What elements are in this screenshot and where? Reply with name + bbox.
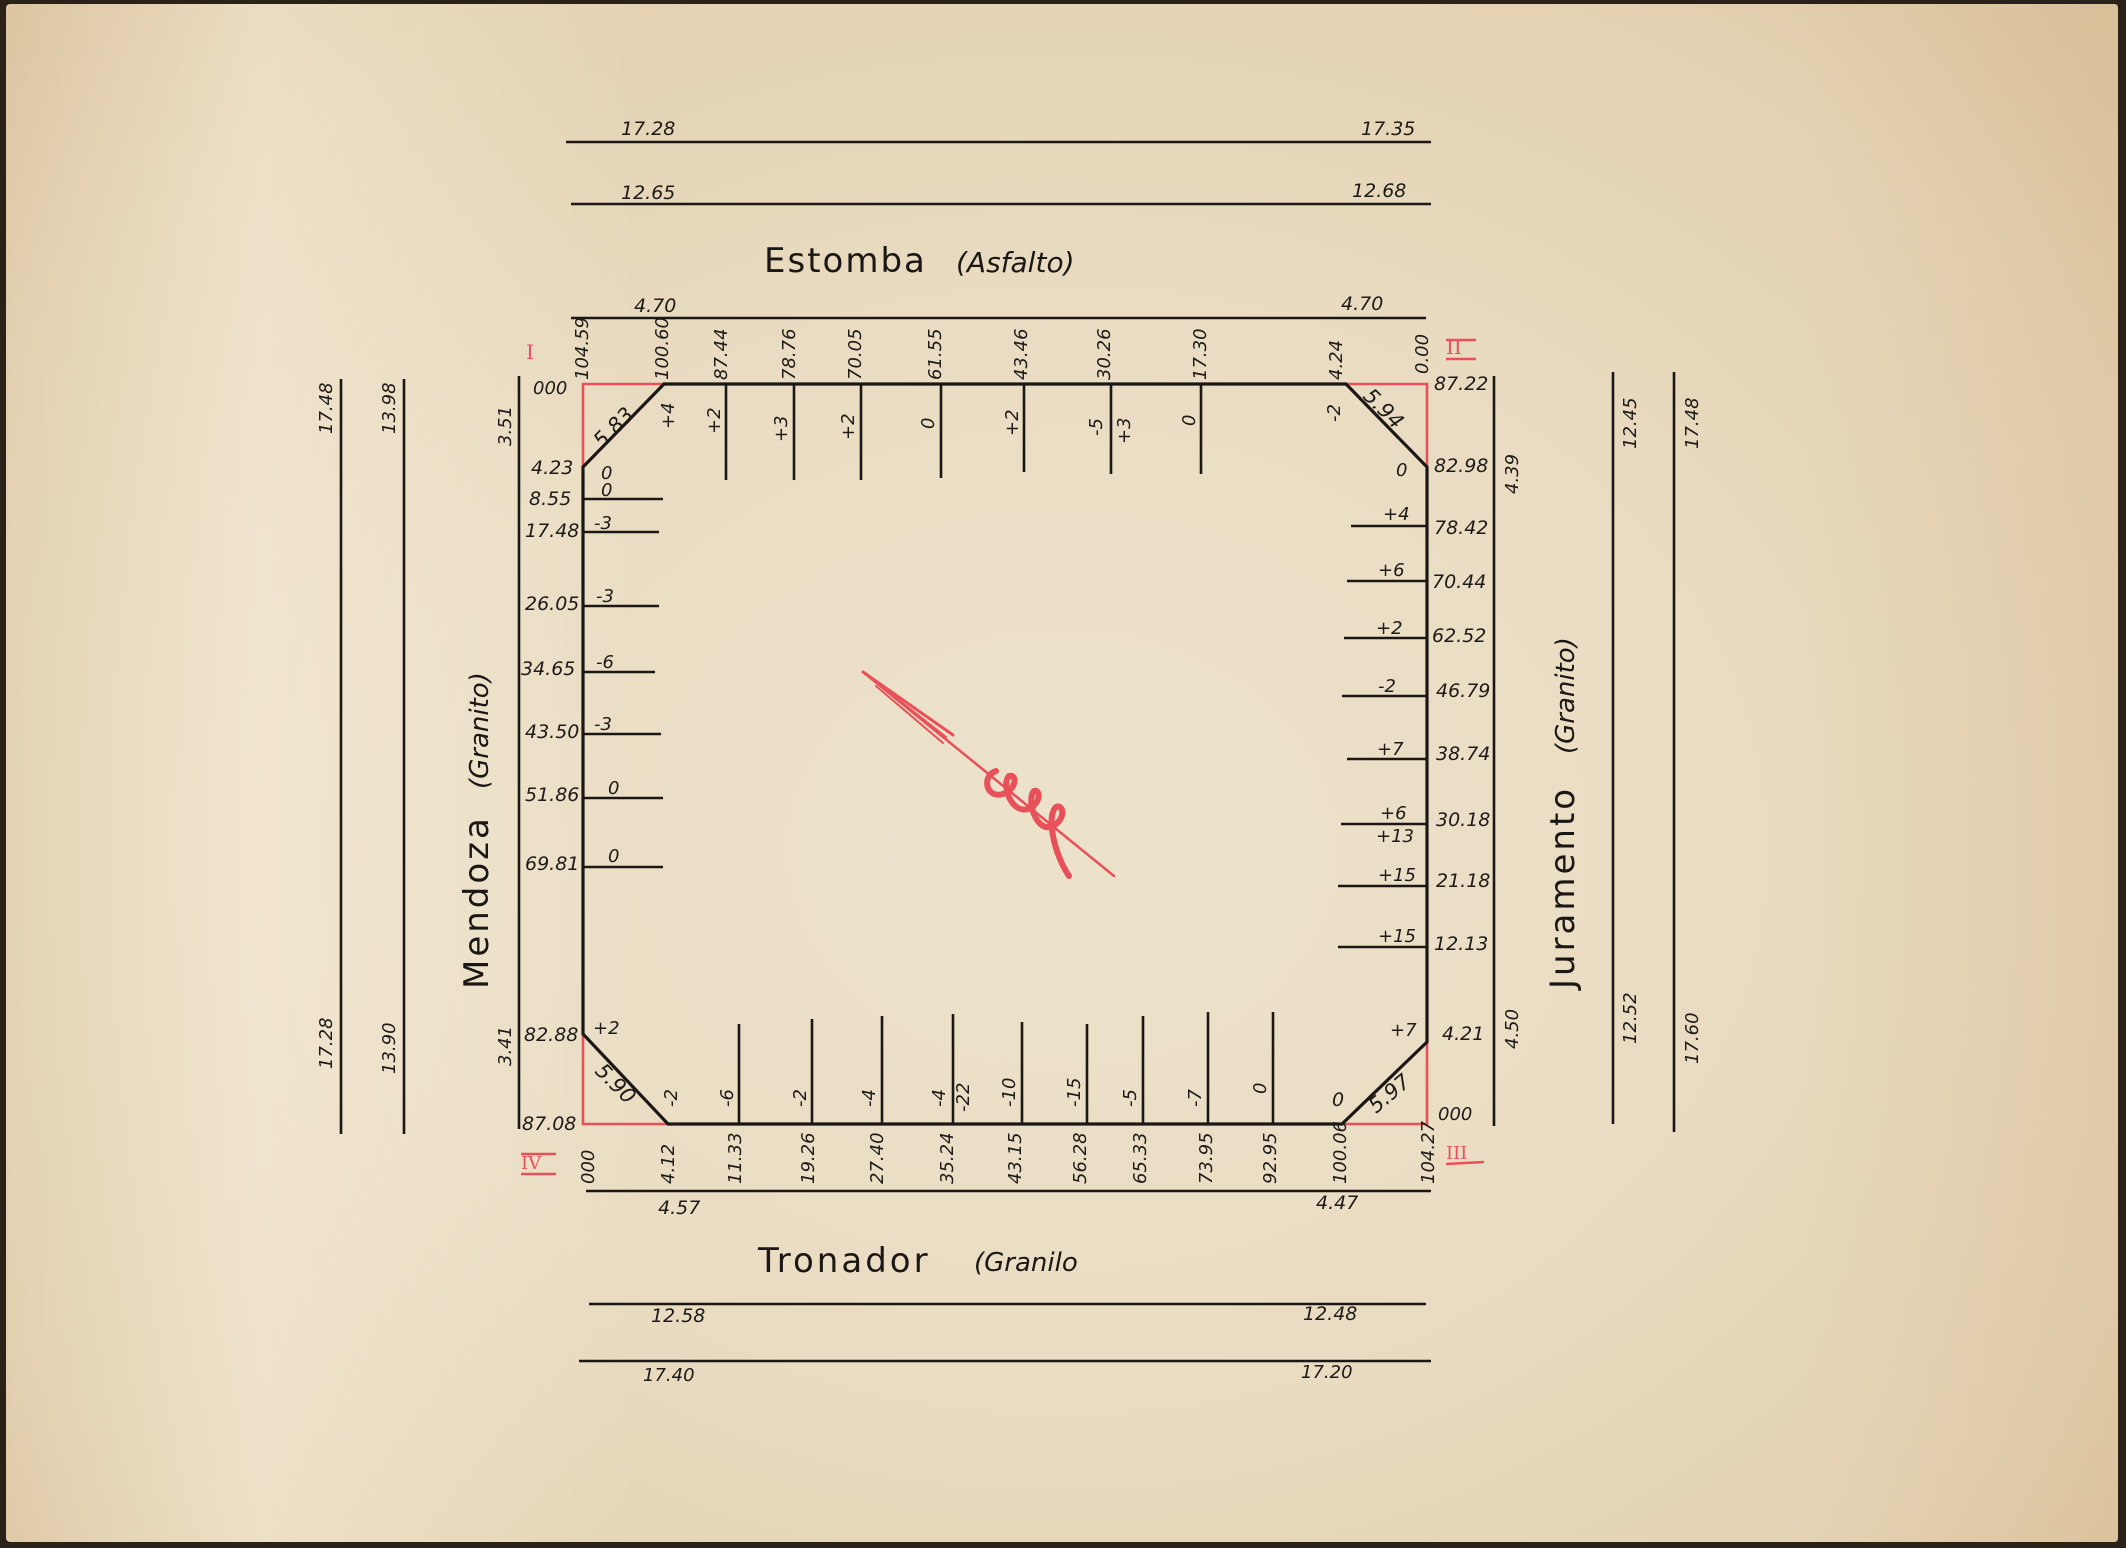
street-name-bottom: Tronador: [757, 1241, 931, 1281]
offset-label: +15: [1378, 926, 1416, 947]
station-label: 27.40: [867, 1132, 888, 1184]
right-side-offsets: 0 +4 +6 +2 -2 +7 +6 +13 +15 +15 +7: [1376, 460, 1417, 1041]
corner-label-iii: III: [1446, 1143, 1467, 1164]
top-mid-right-value: 12.68: [1352, 180, 1406, 202]
right-inner-line: 4.39 4.50: [1494, 376, 1523, 1126]
survey-sheet: 17.28 17.35 12.65 12.68 Estomba (Asfalto…: [6, 4, 2118, 1542]
bottom-mid-left-value: 12.58: [651, 1305, 705, 1327]
bottom-outer-right-value: 17.20: [1301, 1362, 1353, 1383]
block-survey-diagram: 17.28 17.35 12.65 12.68 Estomba (Asfalto…: [6, 4, 2126, 1548]
block-outline: [583, 384, 1427, 1124]
left-inner-bottom-value: 3.41: [495, 1026, 516, 1066]
corner-label-ii: II: [1446, 335, 1462, 359]
offset-label: 0: [601, 480, 612, 501]
offset-label: -6: [717, 1089, 738, 1107]
station-label: 4.21: [1442, 1023, 1484, 1045]
offset-label: +4: [658, 402, 679, 429]
offset-label: -2: [790, 1089, 811, 1107]
offset-label: +3: [1114, 417, 1135, 444]
corner-label-iv: IV: [521, 1153, 542, 1174]
left-side-ticks: [583, 499, 663, 867]
offset-label: +2: [704, 407, 725, 434]
offset-label: -3: [596, 586, 614, 607]
left-inner-top-value: 3.51: [495, 406, 516, 446]
top-inner-left-value: 4.70: [634, 295, 676, 317]
station-label: 46.79: [1436, 680, 1490, 702]
station-label: 70.05: [845, 328, 866, 380]
station-label: 17.30: [1190, 328, 1211, 380]
street-surface-left: (Granito): [465, 672, 495, 789]
offset-label: +2: [838, 413, 859, 440]
right-outer-line: 17.48 17.60: [1674, 372, 1703, 1132]
station-label: 35.24: [937, 1132, 958, 1184]
offset-label: +7: [1377, 739, 1404, 760]
bottom-inner-left-value: 4.57: [658, 1197, 700, 1219]
station-label: 104.27: [1418, 1120, 1439, 1184]
offset-label: 0: [1250, 1083, 1271, 1094]
street-label-right: Juramento (Granito): [1543, 637, 1583, 991]
station-label: 43.46: [1011, 328, 1032, 380]
station-label: 61.55: [925, 328, 946, 380]
station-label: 70.44: [1432, 571, 1486, 593]
street-surface-right: (Granito): [1551, 637, 1581, 754]
street-name-right: Juramento: [1543, 786, 1583, 991]
offset-label: +6: [1380, 803, 1407, 824]
station-label: 4.24: [1326, 340, 1347, 380]
station-label: 87.08: [522, 1113, 576, 1135]
station-label: 26.05: [525, 593, 579, 615]
offset-label: 0: [1332, 1089, 1344, 1111]
corner-label-i: I: [526, 340, 534, 364]
street-surface-bottom: (Granilo: [974, 1248, 1078, 1278]
offset-label: -2: [661, 1089, 682, 1107]
street-name-top: Estomba: [764, 241, 927, 281]
offset-label: -2: [1378, 676, 1396, 697]
station-label: 0.00: [1412, 334, 1433, 374]
offset-label: 0: [918, 418, 939, 429]
station-label: 87.22: [1434, 373, 1488, 395]
station-label: 38.74: [1436, 743, 1490, 765]
right-mid-top-value: 12.45: [1620, 397, 1641, 449]
station-label: 000: [1438, 1104, 1472, 1125]
offset-label: +3: [771, 415, 792, 442]
offset-label: -22: [953, 1083, 974, 1112]
offset-label: +2: [1376, 618, 1403, 639]
offset-label: -4: [859, 1089, 880, 1107]
station-label: 62.52: [1432, 625, 1486, 647]
top-side-offsets: +4 +2 +3 +2 0 +2 -5 +3 0 -2: [658, 402, 1345, 444]
offset-label: -6: [596, 652, 614, 673]
station-label: 78.76: [779, 328, 800, 380]
station-label: 82.98: [1434, 455, 1488, 477]
offset-label: 0: [1396, 460, 1407, 481]
station-label: 51.86: [525, 784, 579, 806]
station-label: 4.23: [531, 457, 573, 479]
station-label: 8.55: [529, 488, 571, 510]
station-label: 11.33: [725, 1132, 746, 1184]
offset-label: 0: [608, 778, 619, 799]
street-surface-top: (Asfalto): [956, 246, 1075, 279]
offset-label: +2: [1002, 409, 1023, 436]
street-name-left: Mendoza: [457, 815, 497, 989]
station-label: 4.12: [658, 1144, 679, 1184]
right-inner-bottom-value: 4.50: [1502, 1009, 1523, 1049]
offset-label: +13: [1376, 826, 1414, 847]
top-mid-left-value: 12.65: [621, 182, 675, 204]
left-mid-line: 13.98 13.90: [379, 379, 404, 1134]
station-label: 43.50: [525, 721, 579, 743]
top-outer-right-value: 17.35: [1361, 118, 1415, 140]
station-label: 000: [533, 378, 567, 399]
left-mid-bottom-value: 13.90: [379, 1022, 400, 1074]
left-side-offsets: 0 0 -3 -3 -6 -3 0 0 +2: [593, 463, 620, 1039]
station-label: 30.26: [1094, 328, 1115, 380]
top-side-stations: 104.59 100.60 87.44 78.76 70.05 61.55 43…: [572, 317, 1433, 380]
station-label: 56.28: [1070, 1132, 1091, 1184]
station-label: 100.06: [1330, 1121, 1351, 1184]
offset-label: +6: [1378, 560, 1405, 581]
left-side-stations: 000 4.23 8.55 17.48 26.05 34.65 43.50 51…: [521, 378, 579, 1135]
top-outer-line: 17.28 17.35: [566, 118, 1431, 142]
station-label: 100.60: [652, 317, 673, 380]
right-inner-top-value: 4.39: [1502, 454, 1523, 494]
station-label: 87.44: [711, 328, 732, 380]
right-outer-top-value: 17.48: [1682, 397, 1703, 449]
offset-label: 0: [1179, 415, 1200, 426]
station-label: 73.95: [1196, 1132, 1217, 1184]
bottom-side-stations: 000 4.12 11.33 19.26 27.40 35.24 43.15 5…: [578, 1120, 1439, 1184]
left-outer-bottom-value: 17.28: [316, 1017, 337, 1069]
bottom-inner-right-value: 4.47: [1316, 1192, 1358, 1214]
right-mid-line: 12.45 12.52: [1613, 372, 1641, 1124]
station-label: 43.15: [1005, 1132, 1026, 1184]
top-outer-left-value: 17.28: [621, 118, 675, 140]
top-inner-line: 4.70 4.70: [571, 293, 1426, 318]
station-label: 69.81: [525, 853, 579, 875]
offset-label: -4: [929, 1089, 950, 1107]
station-label: 78.42: [1434, 517, 1488, 539]
station-label: 12.13: [1434, 933, 1488, 955]
bottom-inner-line: 4.57 4.47: [586, 1191, 1431, 1219]
street-label-left: Mendoza (Granito): [457, 672, 497, 989]
offset-label: +4: [1383, 504, 1410, 525]
chamfer-i-length: 5.83: [589, 402, 639, 452]
station-label: 30.18: [1436, 809, 1490, 831]
chamfer-iv-length: 5.90: [590, 1059, 640, 1109]
offset-label: -3: [594, 513, 612, 534]
station-label: 92.95: [1260, 1132, 1281, 1184]
right-mid-bottom-value: 12.52: [1620, 992, 1641, 1044]
station-label: 17.48: [525, 520, 579, 542]
left-outer-top-value: 17.48: [316, 382, 337, 434]
offset-label: 0: [608, 846, 619, 867]
offset-label: -7: [1185, 1089, 1206, 1107]
station-label: 34.65: [521, 658, 575, 680]
station-label: 65.33: [1130, 1132, 1151, 1184]
station-label: 000: [578, 1150, 599, 1184]
station-label: 21.18: [1436, 870, 1490, 892]
offset-label: -15: [1064, 1078, 1085, 1107]
north-arrow-icon: [863, 672, 1114, 876]
offset-label: -3: [594, 714, 612, 735]
offset-label: -10: [999, 1078, 1020, 1107]
offset-label: -2: [1324, 404, 1345, 422]
offset-label: +15: [1378, 865, 1416, 886]
station-label: 104.59: [572, 317, 593, 380]
station-label: 19.26: [798, 1132, 819, 1184]
bottom-side-offsets: -2 -6 -2 -4 -4 -22 -10 -15 -5 -7 0 0: [661, 1078, 1344, 1112]
offset-label: -5: [1086, 418, 1107, 436]
top-inner-right-value: 4.70: [1341, 293, 1383, 315]
bottom-outer-left-value: 17.40: [643, 1365, 695, 1386]
station-label: 82.88: [524, 1024, 578, 1046]
right-side-stations: 87.22 82.98 78.42 70.44 62.52 46.79 38.7…: [1432, 373, 1490, 1125]
offset-label: +2: [593, 1018, 620, 1039]
offset-label: +7: [1390, 1020, 1417, 1041]
left-inner-line: 3.51 3.41: [495, 376, 519, 1129]
left-outer-line: 17.48 17.28: [316, 379, 341, 1134]
chamfer-ii-length: 5.94: [1358, 384, 1408, 434]
bottom-outer-line: 17.40 17.20: [579, 1361, 1431, 1386]
offset-label: -5: [1120, 1089, 1141, 1107]
bottom-mid-line: 12.58 12.48: [589, 1303, 1426, 1327]
left-mid-top-value: 13.98: [379, 382, 400, 434]
bottom-mid-right-value: 12.48: [1303, 1303, 1357, 1325]
top-mid-line: 12.65 12.68: [571, 180, 1431, 204]
right-outer-bottom-value: 17.60: [1682, 1012, 1703, 1064]
